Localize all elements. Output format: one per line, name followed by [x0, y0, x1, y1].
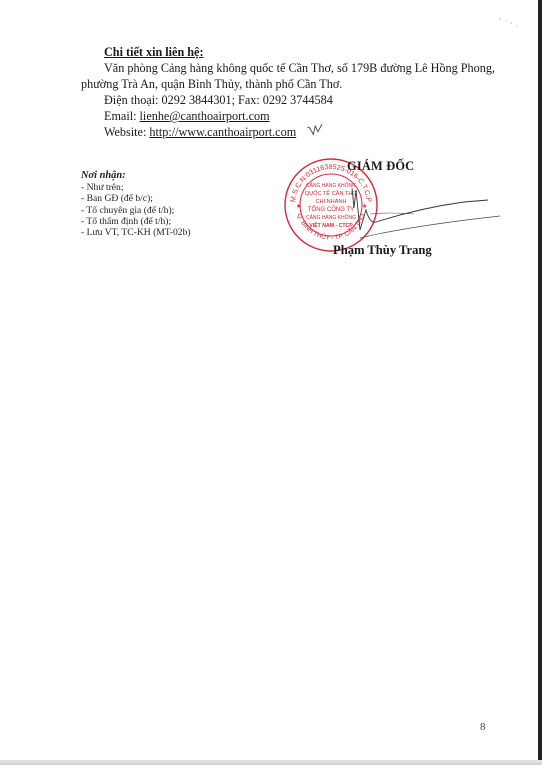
- address-line-2: phường Trà An, quận Bình Thủy, thành phố…: [81, 76, 495, 92]
- initial-mark-icon: [306, 123, 326, 141]
- email-label: Email:: [104, 109, 140, 123]
- svg-text:★: ★: [296, 203, 301, 210]
- scan-artifact: [497, 16, 527, 30]
- website-label: Website:: [104, 125, 149, 139]
- recipient-item: - Tổ thẩm định (để t/h);: [81, 216, 191, 227]
- handwritten-signature-icon: [330, 178, 500, 248]
- recipient-item: - Tổ chuyên gia (để t/h);: [81, 205, 191, 216]
- page-number: 8: [480, 721, 486, 733]
- phone-fax: Điện thoại: 0292 3844301; Fax: 0292 3744…: [104, 92, 495, 108]
- signer-name: Phạm Thùy Trang: [333, 243, 432, 258]
- recipients-title: Nơi nhận:: [81, 170, 191, 181]
- document-page: Chi tiết xin liên hệ: Văn phòng Cảng hàn…: [0, 0, 538, 760]
- recipient-item: - Ban GĐ (để b/c);: [81, 193, 191, 204]
- email-link[interactable]: lienhe@canthoairport.com: [140, 109, 270, 123]
- contact-heading: Chi tiết xin liên hệ:: [104, 44, 495, 60]
- website-line: Website: http://www.canthoairport.com: [104, 124, 495, 140]
- website-link[interactable]: http://www.canthoairport.com: [149, 125, 296, 139]
- contact-section: Chi tiết xin liên hệ: Văn phòng Cảng hàn…: [104, 44, 495, 140]
- signer-title: GIÁM ĐỐC: [347, 159, 414, 174]
- scan-edge-right: [538, 0, 542, 765]
- scan-edge-bottom: [0, 760, 542, 765]
- email-line: Email: lienhe@canthoairport.com: [104, 108, 495, 124]
- recipient-item: - Như trên;: [81, 182, 191, 193]
- address-line-1: Văn phòng Cảng hàng không quốc tế Cần Th…: [104, 60, 495, 76]
- recipients-section: Nơi nhận: - Như trên; - Ban GĐ (để b/c);…: [81, 170, 191, 238]
- recipient-item: - Lưu VT, TC-KH (MT-02b): [81, 227, 191, 238]
